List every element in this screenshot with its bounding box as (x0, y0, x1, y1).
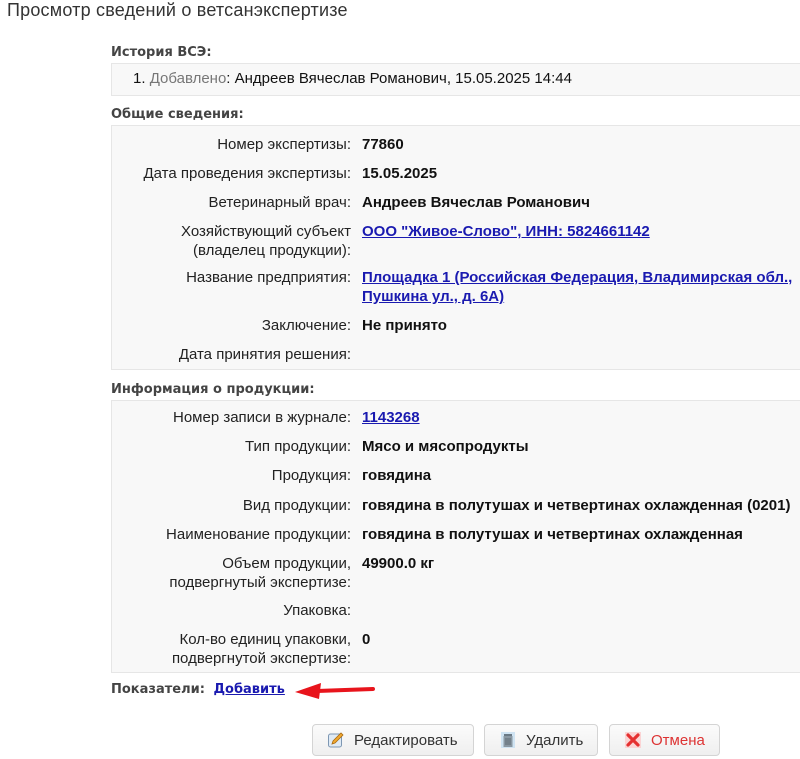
indicators-row: Показатели: Добавить (111, 682, 285, 697)
field-label: Продукция: (121, 466, 351, 485)
field-value: говядина в полутушах и четвертинах охлаж… (362, 496, 800, 515)
delete-button[interactable]: Удалить (484, 724, 598, 756)
field-value: Мясо и мясопродукты (362, 437, 800, 456)
product-section-title: Информация о продукции: (111, 382, 315, 397)
field-value: 15.05.2025 (362, 164, 800, 183)
field-value: говядина в полутушах и четвертинах охлаж… (362, 525, 800, 544)
field-label: Упаковка: (121, 601, 351, 620)
business-entity-link[interactable]: ООО "Живое-Слово", ИНН: 5824661142 (362, 223, 650, 240)
field-label: Вид продукции: (121, 496, 351, 515)
enterprise-link[interactable]: Площадка 1 (Российская Федерация, Владим… (362, 269, 792, 305)
product-box: Номер записи в журнале: 1143268 Тип прод… (111, 400, 800, 673)
cancel-button-label: Отмена (651, 732, 705, 749)
cancel-button[interactable]: Отмена (609, 724, 720, 756)
add-indicator-link[interactable]: Добавить (213, 682, 284, 697)
annotation-arrow-icon (293, 681, 378, 701)
field-label: Дата принятия решения: (121, 345, 351, 364)
history-item-text: : Андреев Вячеслав Романович, 15.05.2025… (226, 70, 572, 87)
field-value: Площадка 1 (Российская Федерация, Владим… (362, 268, 800, 306)
field-value: ООО "Живое-Слово", ИНН: 5824661142 (362, 222, 800, 241)
history-box: 1. Добавлено: Андреев Вячеслав Романович… (111, 63, 800, 96)
field-label: Заключение: (121, 316, 351, 335)
indicators-label: Показатели: (111, 682, 205, 697)
history-item-action: Добавлено (150, 70, 227, 87)
field-value: говядина (362, 466, 800, 485)
general-box: Номер экспертизы: 77860 Дата проведения … (111, 125, 800, 370)
edit-icon (327, 731, 345, 749)
general-section-title: Общие сведения: (111, 107, 244, 122)
field-value: 77860 (362, 135, 800, 154)
field-value: 1143268 (362, 408, 800, 427)
page-title: Просмотр сведений о ветсанэкспертизе (7, 0, 348, 21)
field-label: Номер экспертизы: (121, 135, 351, 154)
edit-button[interactable]: Редактировать (312, 724, 474, 756)
field-label: Дата проведения экспертизы: (121, 164, 351, 183)
field-value: 0 (362, 630, 800, 649)
field-label: Номер записи в журнале: (121, 408, 351, 427)
field-value: 49900.0 кг (362, 554, 800, 573)
close-icon (624, 731, 642, 749)
field-label: Название предприятия: (121, 268, 351, 287)
history-item-index: 1. (133, 70, 146, 87)
field-label: Объем продукции,подвергнутый экспертизе: (121, 554, 351, 592)
edit-button-label: Редактировать (354, 732, 458, 749)
field-label: Кол-во единиц упаковки,подвергнутой эксп… (121, 630, 351, 668)
field-label: Ветеринарный врач: (121, 193, 351, 212)
field-value: Андреев Вячеслав Романович (362, 193, 800, 212)
field-label: Тип продукции: (121, 437, 351, 456)
field-label: Наименование продукции: (121, 525, 351, 544)
field-label: Хозяйствующий субъект(владелец продукции… (121, 222, 351, 260)
history-item: 1. Добавлено: Андреев Вячеслав Романович… (133, 70, 572, 87)
history-section-title: История ВСЭ: (111, 45, 212, 60)
journal-record-link[interactable]: 1143268 (362, 409, 420, 426)
delete-button-label: Удалить (526, 732, 583, 749)
conclusion-value: Не принято (362, 316, 800, 335)
trash-icon (499, 731, 517, 749)
